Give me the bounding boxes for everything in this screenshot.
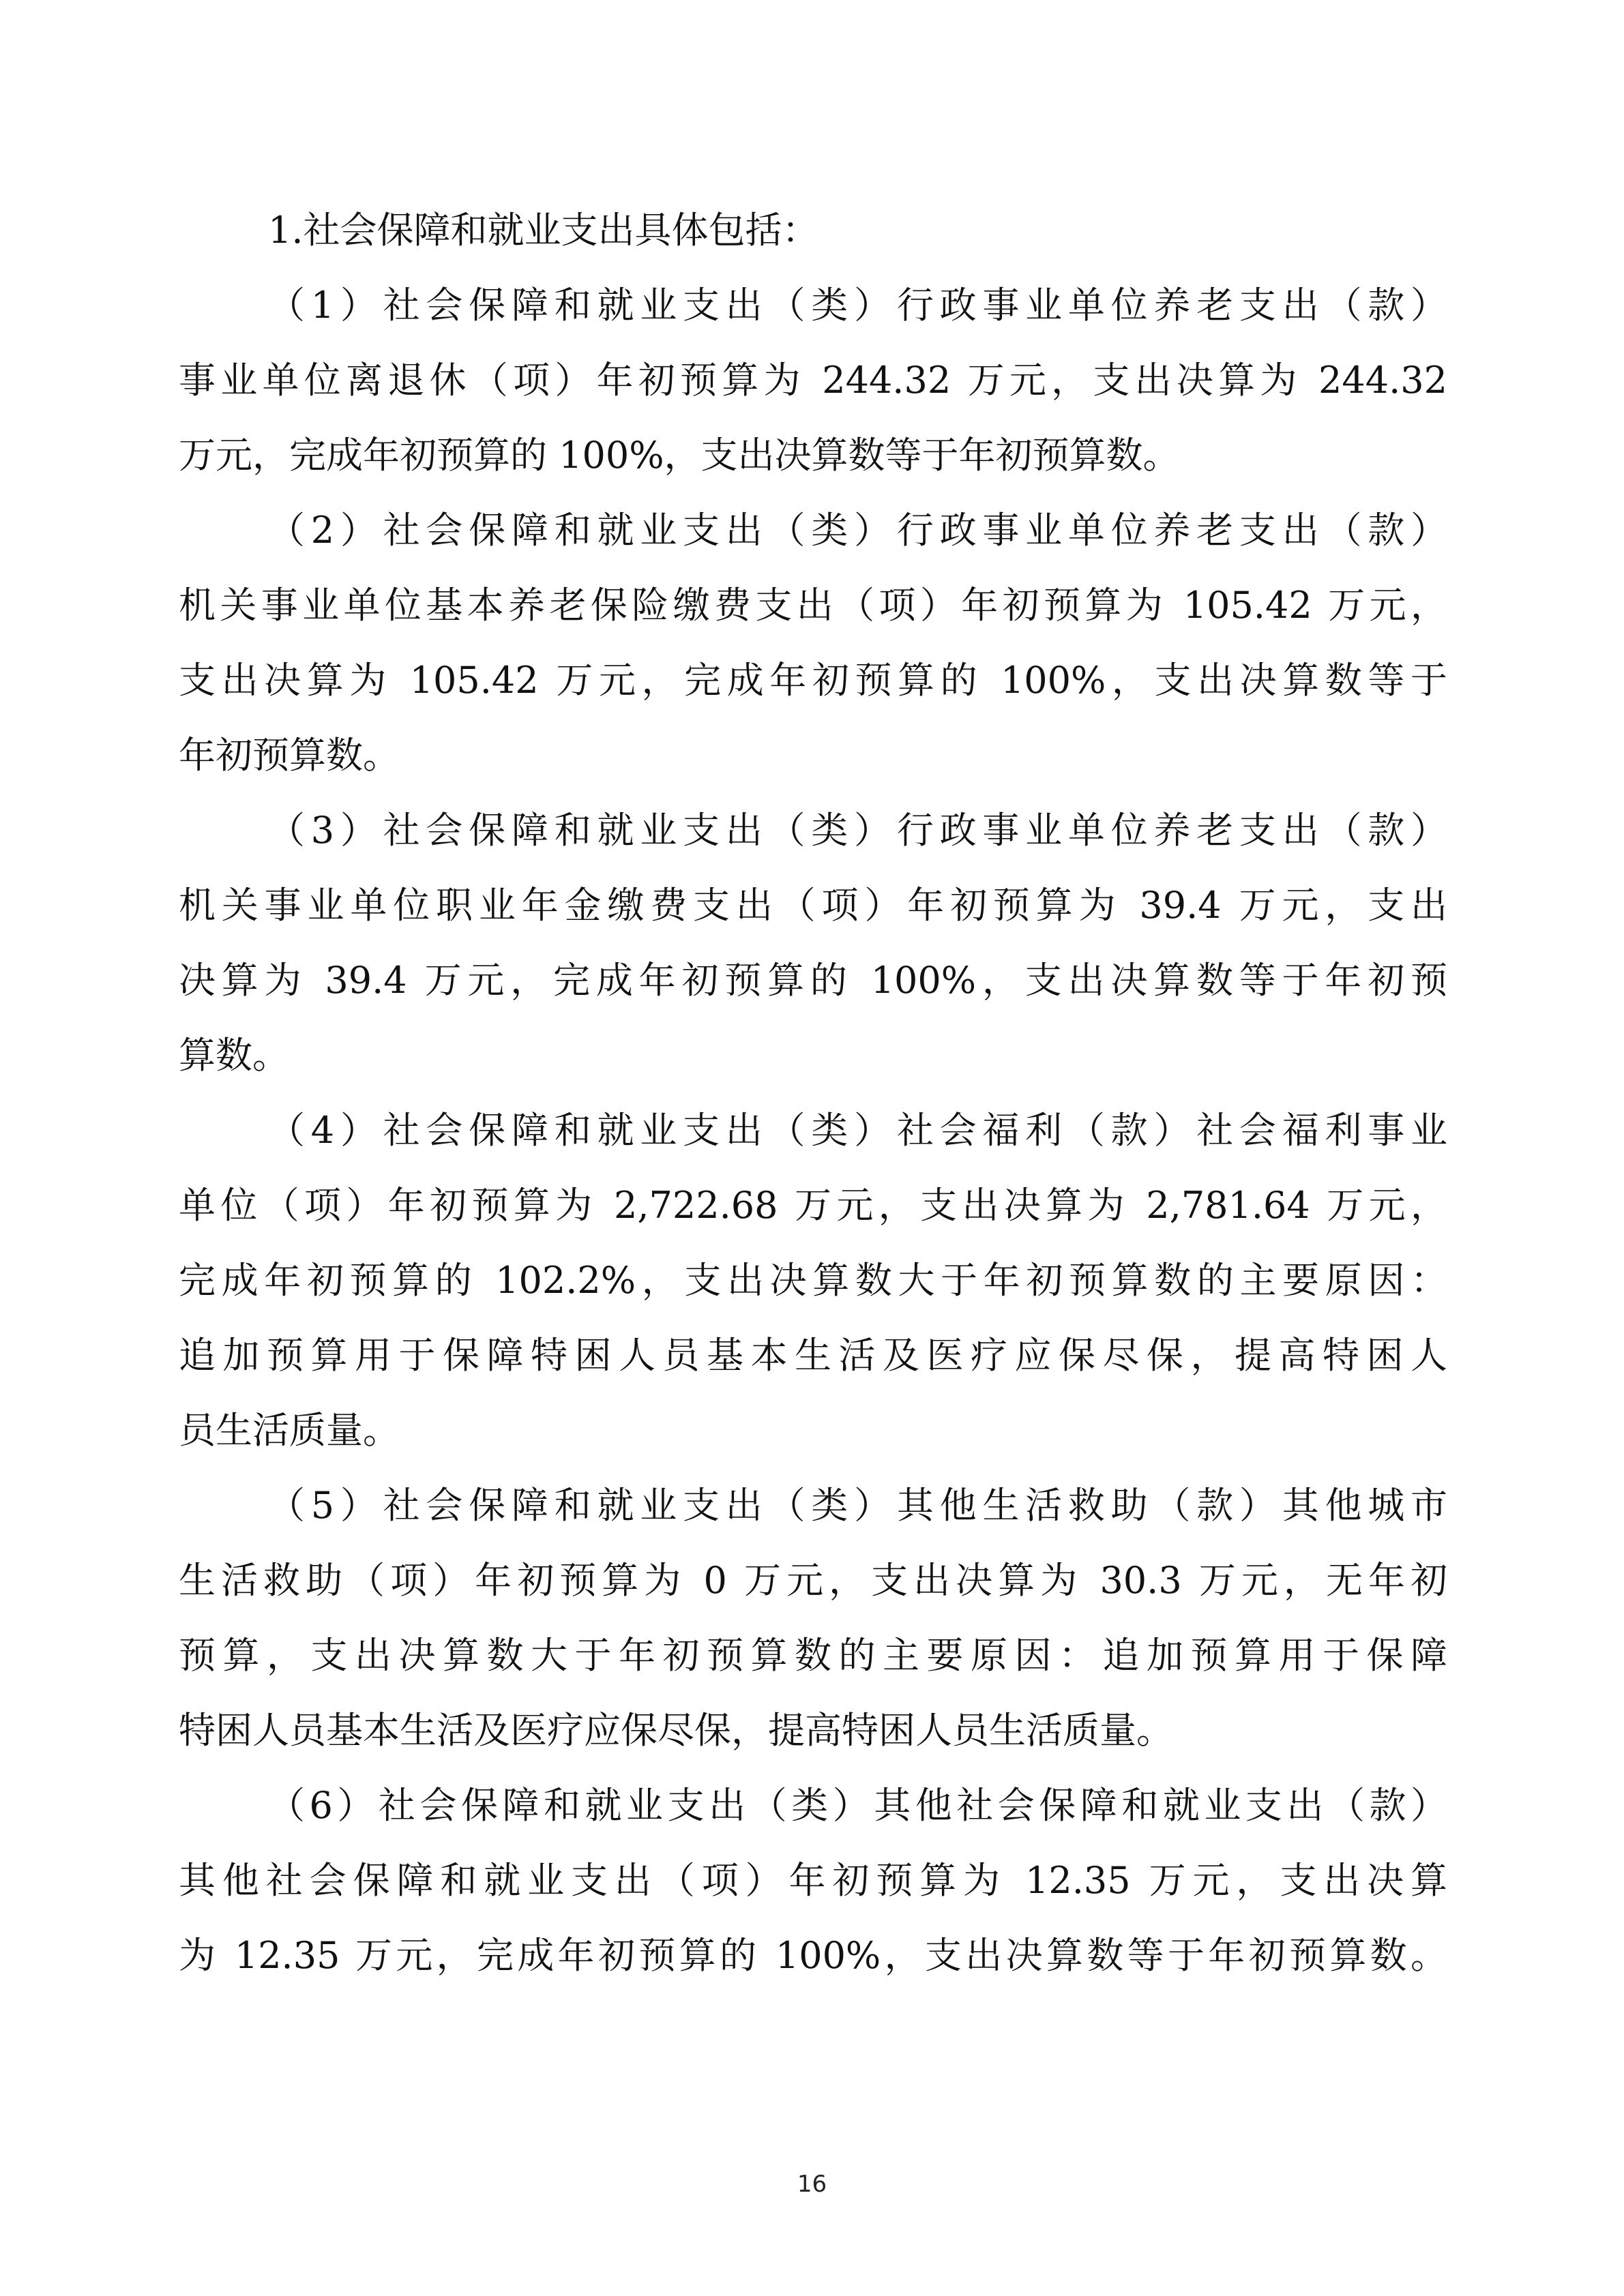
document-page: 1.社会保障和就业支出具体包括： （1）社会保障和就业支出（类）行政事业单位养老…: [0, 0, 1624, 2296]
paragraph-line: 预算，支出决算数大于年初预算数的主要原因：追加预算用于保障: [179, 1618, 1447, 1693]
paragraph-line: （3）社会保障和就业支出（类）行政事业单位养老支出（款）: [179, 793, 1447, 868]
paragraph-line: 为 12.35 万元，完成年初预算的 100%，支出决算数等于年初预算数。: [179, 1918, 1447, 1993]
paragraph-line: 特困人员基本生活及医疗应保尽保，提高特困人员生活质量。: [179, 1693, 1447, 1768]
paragraph-line: （6）社会保障和就业支出（类）其他社会保障和就业支出（款）: [179, 1768, 1447, 1843]
section-heading: 1.社会保障和就业支出具体包括：: [179, 193, 1447, 268]
paragraph-line: 完成年初预算的 102.2%，支出决算数大于年初预算数的主要原因：: [179, 1243, 1447, 1318]
paragraph-line: 机关事业单位基本养老保险缴费支出（项）年初预算为 105.42 万元，: [179, 568, 1447, 643]
paragraph-line: （5）社会保障和就业支出（类）其他生活救助（款）其他城市: [179, 1468, 1447, 1543]
paragraph-6: （6）社会保障和就业支出（类）其他社会保障和就业支出（款） 其他社会保障和就业支…: [179, 1768, 1447, 1993]
paragraph-line: 生活救助（项）年初预算为 0 万元，支出决算为 30.3 万元，无年初: [179, 1543, 1447, 1618]
paragraph-2: （2）社会保障和就业支出（类）行政事业单位养老支出（款） 机关事业单位基本养老保…: [179, 493, 1447, 793]
paragraph-line: （4）社会保障和就业支出（类）社会福利（款）社会福利事业: [179, 1093, 1447, 1168]
paragraph-line: 事业单位离退休（项）年初预算为 244.32 万元，支出决算为 244.32: [179, 343, 1447, 418]
paragraph-3: （3）社会保障和就业支出（类）行政事业单位养老支出（款） 机关事业单位职业年金缴…: [179, 793, 1447, 1093]
paragraph-line: （1）社会保障和就业支出（类）行政事业单位养老支出（款）: [179, 268, 1447, 343]
paragraph-line: 其他社会保障和就业支出（项）年初预算为 12.35 万元，支出决算: [179, 1843, 1447, 1918]
paragraph-line: 决算为 39.4 万元，完成年初预算的 100%，支出决算数等于年初预: [179, 943, 1447, 1018]
paragraph-line: （2）社会保障和就业支出（类）行政事业单位养老支出（款）: [179, 493, 1447, 568]
paragraph-line: 单位（项）年初预算为 2,722.68 万元，支出决算为 2,781.64 万元…: [179, 1168, 1447, 1243]
paragraph-4: （4）社会保障和就业支出（类）社会福利（款）社会福利事业 单位（项）年初预算为 …: [179, 1093, 1447, 1468]
paragraph-1: （1）社会保障和就业支出（类）行政事业单位养老支出（款） 事业单位离退休（项）年…: [179, 268, 1447, 493]
document-body: 1.社会保障和就业支出具体包括： （1）社会保障和就业支出（类）行政事业单位养老…: [179, 193, 1447, 1993]
paragraph-line: 支出决算为 105.42 万元，完成年初预算的 100%，支出决算数等于: [179, 643, 1447, 718]
paragraph-5: （5）社会保障和就业支出（类）其他生活救助（款）其他城市 生活救助（项）年初预算…: [179, 1468, 1447, 1768]
page-number: 16: [0, 2167, 1624, 2201]
paragraph-line: 追加预算用于保障特困人员基本生活及医疗应保尽保，提高特困人: [179, 1318, 1447, 1393]
paragraph-line: 员生活质量。: [179, 1393, 1447, 1468]
paragraph-line: 算数。: [179, 1018, 1447, 1093]
paragraph-line: 万元，完成年初预算的 100%，支出决算数等于年初预算数。: [179, 418, 1447, 493]
paragraph-line: 机关事业单位职业年金缴费支出（项）年初预算为 39.4 万元，支出: [179, 868, 1447, 943]
paragraph-line: 年初预算数。: [179, 718, 1447, 793]
